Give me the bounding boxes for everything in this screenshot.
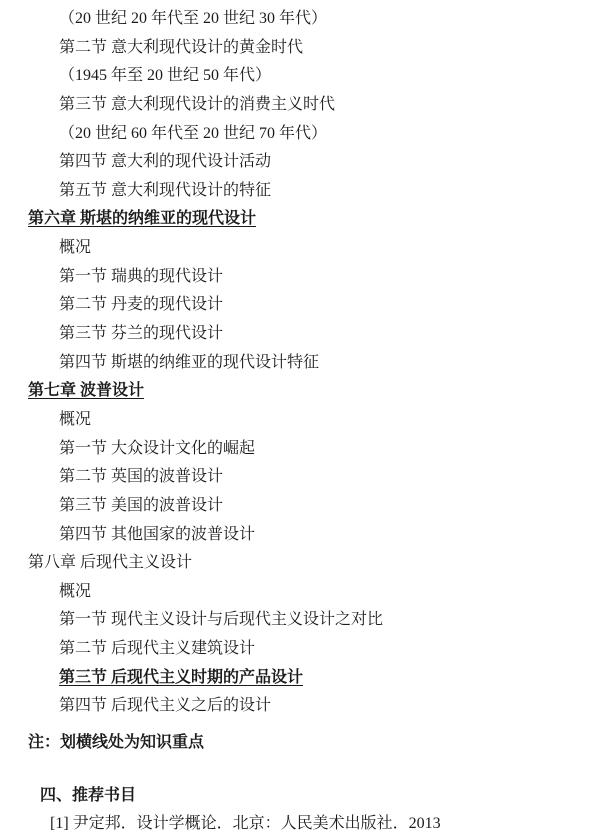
toc-section: 第三节 美国的波普设计 <box>59 492 592 521</box>
toc-section: 第三节 芬兰的现代设计 <box>59 320 592 349</box>
toc-section: 第三节 意大利现代设计的消费主义时代 <box>59 91 592 120</box>
toc-overview: 概况 <box>59 234 592 263</box>
note-underline-legend: 注：划横线处为知识重点 <box>28 729 592 758</box>
document-page: （20 世纪 20 年代至 20 世纪 30 年代） 第二节 意大利现代设计的黄… <box>0 0 592 838</box>
toc-overview: 概况 <box>59 578 592 607</box>
toc-section: 第四节 意大利的现代设计活动 <box>59 148 592 177</box>
toc-section: 第四节 斯堪的纳维亚的现代设计特征 <box>59 349 592 378</box>
toc-section: 第四节 后现代主义之后的设计 <box>59 692 592 721</box>
toc-section: 第五节 意大利现代设计的特征 <box>59 177 592 206</box>
toc-section: 第二节 后现代主义建筑设计 <box>59 635 592 664</box>
toc-section-emphasized: 第三节 后现代主义时期的产品设计 <box>59 664 592 693</box>
toc-chapter-7: 第七章 波普设计 <box>28 377 592 406</box>
recommended-books-heading: 四、推荐书目 <box>40 782 592 811</box>
toc-period-note: （1945 年至 20 世纪 50 年代） <box>59 62 592 91</box>
toc-section: 第一节 大众设计文化的崛起 <box>59 435 592 464</box>
toc-section: 第四节 其他国家的波普设计 <box>59 521 592 550</box>
toc-chapter-6: 第六章 斯堪的纳维亚的现代设计 <box>28 205 592 234</box>
toc-period-note: （20 世纪 60 年代至 20 世纪 70 年代） <box>59 120 592 149</box>
toc-chapter-8: 第八章 后现代主义设计 <box>28 549 592 578</box>
toc-section: 第二节 丹麦的现代设计 <box>59 291 592 320</box>
reference-item: [1] 尹定邦．设计学概论．北京：人民美术出版社．2013 <box>50 810 592 838</box>
toc-section: 第一节 现代主义设计与后现代主义设计之对比 <box>59 606 592 635</box>
toc-overview: 概况 <box>59 406 592 435</box>
toc-period-note: （20 世纪 20 年代至 20 世纪 30 年代） <box>59 5 592 34</box>
toc-section: 第二节 英国的波普设计 <box>59 463 592 492</box>
toc-section: 第一节 瑞典的现代设计 <box>59 263 592 292</box>
toc-section: 第二节 意大利现代设计的黄金时代 <box>59 34 592 63</box>
